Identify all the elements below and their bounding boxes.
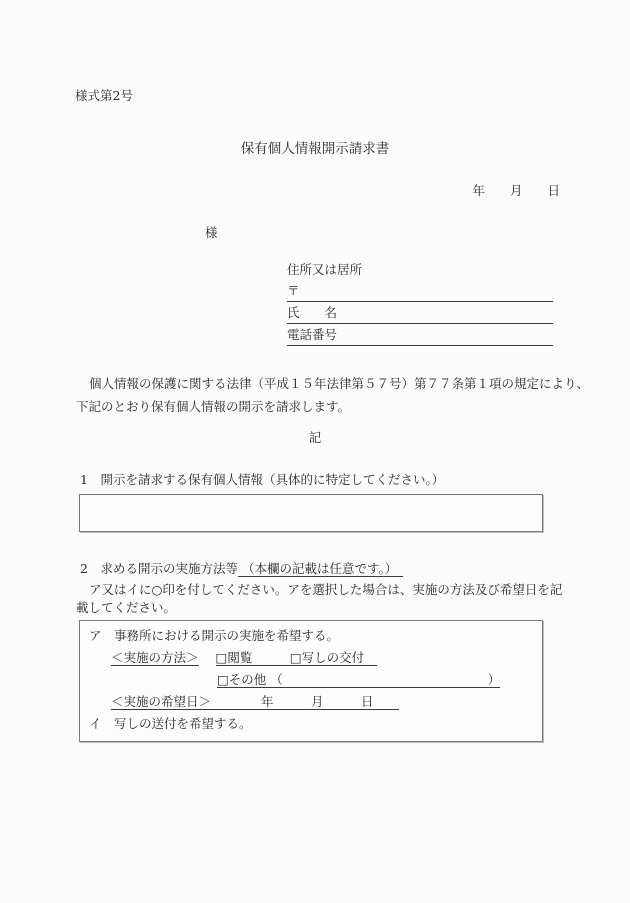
- section2-label-main: 2 求める開示の実施方法等: [80, 561, 238, 576]
- section2-label: 2 求める開示の実施方法等 （本欄の記載は任意です。）: [80, 559, 630, 577]
- document-title: 保有個人情報開示請求書: [0, 137, 630, 157]
- body-paragraph: 個人情報の保護に関する法律（平成１５年法律第５７号）第７７条第１項の規定により、…: [76, 372, 590, 418]
- instruction-line-1: ア又はイに○印を付してください。アを選択した場合は、実施の方法及び希望日を記: [76, 581, 590, 599]
- form-number: 様式第2号: [75, 86, 630, 104]
- other-checkbox-field[interactable]: □その他 （）: [217, 672, 500, 688]
- date-field[interactable]: 年 月 日: [0, 181, 630, 199]
- section2-label-note: （本欄の記載は任意です。）: [238, 561, 403, 577]
- postal-code-field[interactable]: 〒: [287, 280, 553, 302]
- section1-input-box[interactable]: [79, 494, 543, 532]
- other-checkbox-label[interactable]: □その他 （: [217, 672, 283, 687]
- phone-field[interactable]: 電話番号: [287, 324, 553, 346]
- paragraph-line-1: 個人情報の保護に関する法律（平成１５年法律第５７号）第７７条第１項の規定により、: [76, 372, 590, 395]
- document-page: 様式第2号 保有個人情報開示請求書 年 月 日 様 住所又は居所 〒 氏 名 電…: [0, 0, 630, 903]
- option-a-row[interactable]: ア 事務所における開示の実施を希望する。: [89, 625, 542, 647]
- desired-date-field[interactable]: ＜実施の希望日＞ 年 月 日: [111, 694, 399, 710]
- name-field[interactable]: 氏 名: [287, 302, 553, 324]
- other-close-paren: ）: [488, 672, 501, 687]
- method-row: ＜実施の方法＞□閲覧 □写しの交付: [111, 647, 542, 669]
- section2-instruction: ア又はイに○印を付してください。アを選択した場合は、実施の方法及び希望日を記 載…: [76, 581, 590, 617]
- section2-options-box: ア 事務所における開示の実施を希望する。 ＜実施の方法＞□閲覧 □写しの交付 □…: [79, 620, 543, 742]
- method-heading: ＜実施の方法＞: [111, 650, 199, 666]
- addressee-line[interactable]: 様: [205, 223, 630, 241]
- option-b-row[interactable]: イ 写しの送付を希望する。: [89, 713, 542, 735]
- paragraph-line-2: 下記のとおり保有個人情報の開示を請求します。: [76, 395, 590, 418]
- other-option-row: □その他 （）: [217, 669, 542, 691]
- applicant-info-block: 住所又は居所 〒 氏 名 電話番号: [287, 259, 553, 346]
- ki-marker: 記: [0, 428, 630, 446]
- instruction-line-2: 載してください。: [76, 599, 590, 617]
- desired-date-row: ＜実施の希望日＞ 年 月 日: [111, 691, 542, 713]
- address-label: 住所又は居所: [287, 259, 553, 280]
- option-b-label: イ 写しの送付を希望する。: [89, 716, 252, 731]
- section1-label: 1 開示を請求する保有個人情報（具体的に特定してください。）: [80, 470, 630, 488]
- method-checkbox-options[interactable]: □閲覧 □写しの交付: [216, 650, 377, 666]
- option-a-label: ア 事務所における開示の実施を希望する。: [89, 628, 339, 643]
